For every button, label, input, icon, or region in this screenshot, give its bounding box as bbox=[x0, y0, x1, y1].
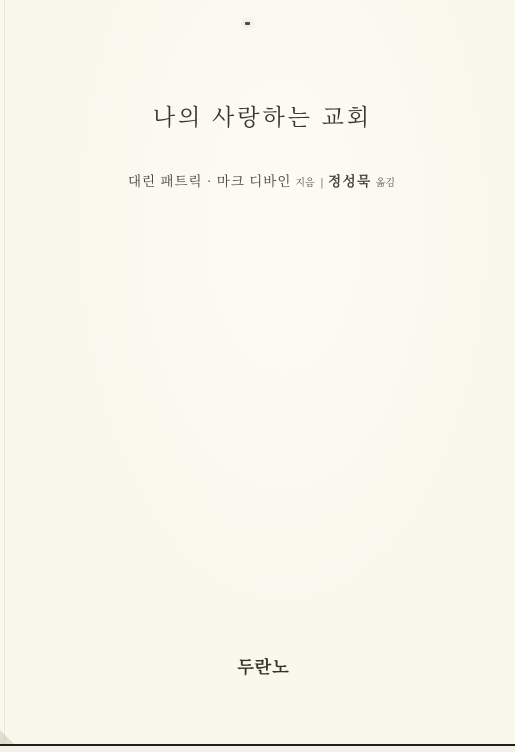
scan-bottom-strip bbox=[0, 746, 515, 752]
byline-separator: | bbox=[321, 175, 324, 189]
scan-corner-fold bbox=[0, 730, 14, 744]
publisher-logo: 두란노 bbox=[6, 653, 515, 678]
author-role-label: 지음 bbox=[295, 178, 314, 189]
translator-role-label: 옮김 bbox=[376, 178, 395, 189]
book-title-page-scan: 나의 사랑하는 교회 대린 패트릭 · 마크 디바인지음|정성묵옮김 두란노 bbox=[0, 0, 515, 752]
book-title: 나의 사랑하는 교회 bbox=[5, 99, 515, 132]
byline: 대린 패트릭 · 마크 디바인지음|정성묵옮김 bbox=[5, 170, 515, 190]
translator-name: 정성묵 bbox=[328, 174, 372, 189]
scan-speck-mark bbox=[245, 22, 250, 25]
author-names: 대린 패트릭 · 마크 디바인 bbox=[128, 174, 291, 189]
